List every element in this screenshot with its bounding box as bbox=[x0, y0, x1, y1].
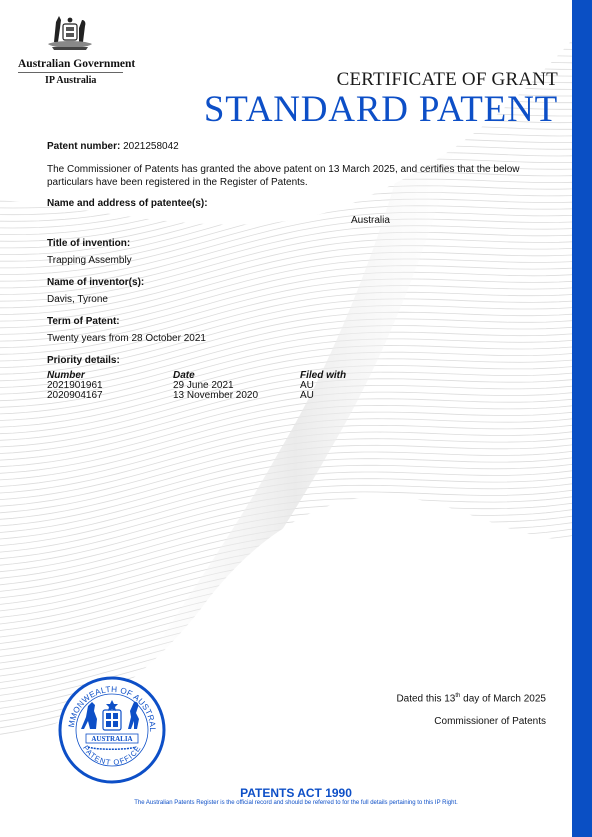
certificate-title: CERTIFICATE OF GRANT bbox=[337, 69, 558, 91]
patentee-country: Australia bbox=[351, 214, 390, 227]
invention-title: Trapping Assembly bbox=[47, 254, 537, 267]
priority-label: Priority details: bbox=[47, 354, 537, 367]
side-accent-bar bbox=[572, 0, 592, 837]
patentee-label: Name and address of patentee(s): bbox=[47, 197, 537, 210]
priority-table: Number Date Filed with 2021901961 29 Jun… bbox=[47, 371, 400, 401]
inventor-name: Davis, Tyrone bbox=[47, 293, 537, 306]
act-title: PATENTS ACT 1990 bbox=[0, 786, 592, 800]
patentee-address: Australia bbox=[47, 214, 537, 228]
logo-divider bbox=[18, 72, 123, 73]
agency-name: IP Australia bbox=[45, 75, 96, 86]
date-signed: Dated this 13th day of March 2025 bbox=[396, 693, 546, 704]
term-label: Term of Patent: bbox=[47, 315, 537, 328]
grant-statement: The Commissioner of Patents has granted … bbox=[47, 163, 537, 189]
register-footnote: The Australian Patents Register is the o… bbox=[0, 800, 592, 806]
priority-filed-with: AU bbox=[300, 381, 400, 391]
patent-office-seal-icon: COMMONWEALTH OF AUSTRALIA PATENT OFFICE … bbox=[58, 676, 166, 784]
term-value: Twenty years from 28 October 2021 bbox=[47, 332, 537, 345]
priority-filed-with: AU bbox=[300, 391, 400, 401]
patent-number-label: Patent number: bbox=[47, 141, 120, 152]
certificate-body: Patent number: 2021258042 The Commission… bbox=[47, 140, 537, 401]
priority-date: 13 November 2020 bbox=[173, 391, 300, 401]
priority-number: 2020904167 bbox=[47, 391, 173, 401]
column-header-filed-with: Filed with bbox=[300, 371, 400, 381]
table-row: 2020904167 13 November 2020 AU bbox=[47, 391, 400, 401]
coat-of-arms-icon bbox=[42, 14, 98, 56]
patent-number-line: Patent number: 2021258042 bbox=[47, 140, 537, 153]
patent-number-value: 2021258042 bbox=[123, 141, 179, 152]
patent-type-heading: STANDARD PATENT bbox=[204, 90, 558, 131]
title-label: Title of invention: bbox=[47, 237, 537, 250]
svg-text:AUSTRALIA: AUSTRALIA bbox=[91, 735, 132, 743]
government-name: Australian Government bbox=[18, 58, 135, 70]
signatory-title: Commissioner of Patents bbox=[434, 716, 546, 727]
inventor-label: Name of inventor(s): bbox=[47, 276, 537, 289]
